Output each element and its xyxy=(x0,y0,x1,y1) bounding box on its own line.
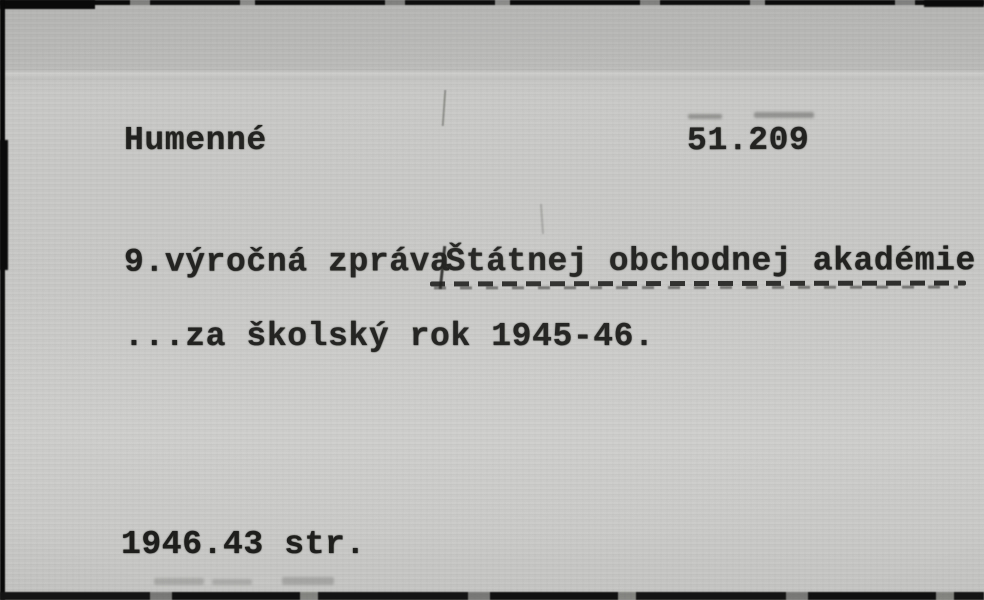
erased-mark-below-collation xyxy=(282,577,334,585)
subtitle-line: ...za školský rok 1945-46. xyxy=(124,318,654,356)
scan-edge-top-left-corner xyxy=(0,0,95,9)
imprint-collation-line: 1946.43 str. xyxy=(121,526,366,564)
paper-scratch xyxy=(442,90,447,126)
catalog-card: Humenné 51.209 9.výročná zprávaŠtátnej o… xyxy=(0,0,984,600)
typewriter-underline-echo xyxy=(434,286,958,290)
title-prefix: 9.výročná zpráva xyxy=(124,243,451,281)
scan-edge-left-notch xyxy=(0,140,8,270)
scan-edge-left xyxy=(0,0,5,600)
scan-vignette xyxy=(0,0,984,600)
erased-mark-above-call-number xyxy=(688,114,722,119)
paper-scratch xyxy=(540,204,544,234)
paper-crease xyxy=(0,70,984,79)
scan-edge-top xyxy=(0,0,984,5)
scan-edge-bottom xyxy=(0,592,984,600)
title-underlined-institution: Štátnej obchodnej akadémie xyxy=(445,242,976,280)
title-line: 9.výročná zprávaŠtátnej obchodnej akadém… xyxy=(124,242,976,281)
paper-top-shading xyxy=(0,0,984,70)
erased-mark-below-collation xyxy=(212,579,252,585)
scan-edge-top-right-corner xyxy=(924,0,984,7)
erased-mark-above-call-number xyxy=(754,112,814,118)
place-heading: Humenné xyxy=(124,122,267,160)
erased-mark-below-collation xyxy=(154,578,204,585)
call-number: 51.209 xyxy=(687,122,810,161)
